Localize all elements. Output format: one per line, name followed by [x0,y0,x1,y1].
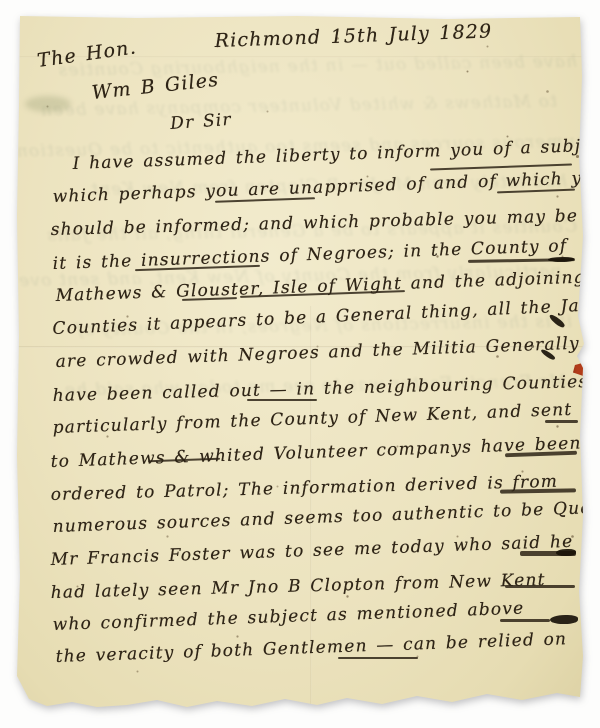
letter-line: who confirmed the subject as mentioned a… [52,599,524,635]
letter-line: should be informed; and which probable y… [50,206,578,240]
paper-background: have been called out — in the neighbouri… [17,16,584,707]
ink-strike-mark [338,657,418,659]
ink-strike-mark [500,488,576,493]
letter-line: are crowded with Negroes and the Militia… [55,334,580,372]
letter-line: to Mathews & whited Volunteer companys h… [50,433,582,472]
ink-strike-mark [545,420,578,423]
letter-line: had lately seen Mr Jno B Clopton from Ne… [50,570,545,603]
ink-blot [556,549,576,556]
letter-sheet: have been called out — in the neighbouri… [17,16,584,707]
foxing-speckles [17,16,18,17]
ink-blot [550,615,578,624]
letter-line: ordered to Patrol; The information deriv… [50,472,558,505]
letter-line: it is the insurrections of Negroes; in t… [52,236,567,274]
letter-line: particularly from the County of New Kent… [52,398,600,438]
letter-line: I have assumed the liberty to inform you… [72,135,600,174]
green-stain [25,96,71,112]
salutation: Dr Sir [170,110,233,134]
addressee-name: Wm B Giles [91,69,221,104]
letter-line: Mr Francis Foster was to see me today wh… [50,532,573,570]
letter-line: have been called out — in the neighbouri… [52,372,588,406]
dateline: Richmond 15th July 1829 [214,20,493,52]
ink-blot [548,257,574,262]
ink-strike-mark [505,585,575,588]
ink-strike-mark [247,399,317,401]
addressee-honorific: The Hon. [36,36,138,72]
letter-line: which perhaps you are unapprised of and … [52,168,600,207]
ink-strike-mark [500,619,550,622]
